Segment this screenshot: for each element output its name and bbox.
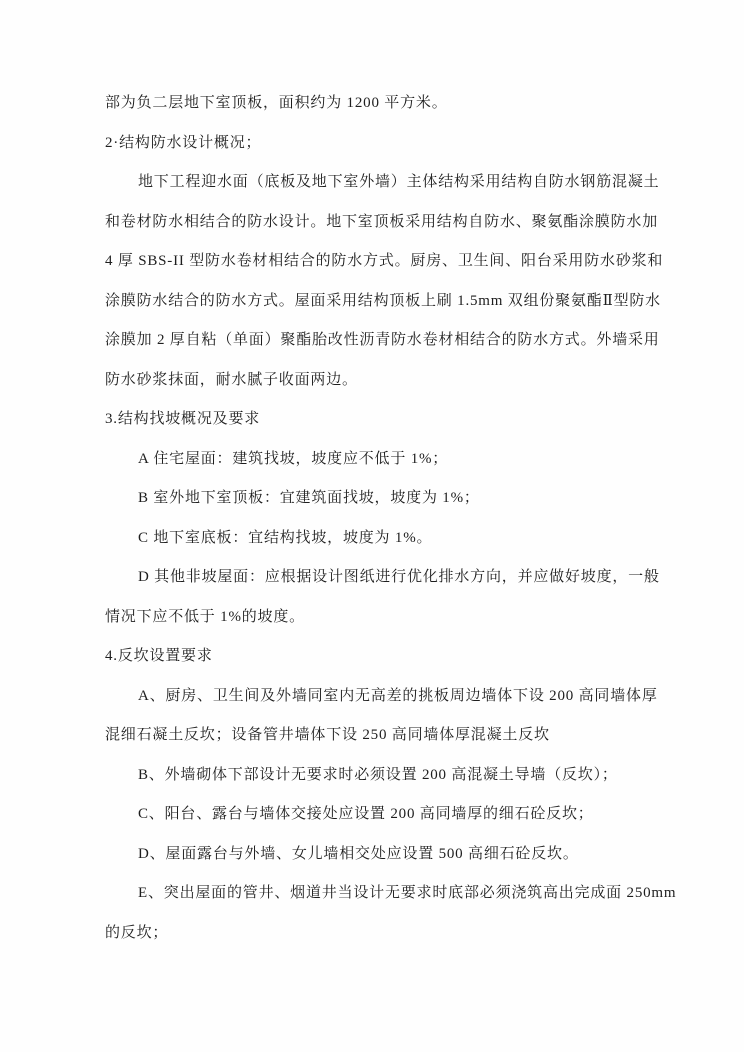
list-item-b: B 室外地下室顶板：宜建筑面找坡，坡度为 1%； — [105, 479, 663, 519]
list-item-a: A、厨房、卫生间及外墙同室内无高差的挑板周边墙体下设 200 高同墙体厚 — [105, 677, 663, 717]
list-item-b: B、外墙砌体下部设计无要求时必须设置 200 高混凝土导墙（反坎）； — [105, 756, 663, 796]
list-item-d: D、屋面露台与外墙、女儿墙相交处应设置 500 高细石砼反坎。 — [105, 835, 663, 875]
document-line: 涂膜防水结合的防水方式。屋面采用结构顶板上刷 1.5mm 双组份聚氨酯Ⅱ型防水 — [105, 282, 663, 322]
document-line: 混细石凝土反坎；设备管井墙体下设 250 高同墙体厚混凝土反坎 — [105, 716, 663, 756]
document-body: 部为负二层地下室顶板，面积约为 1200 平方米。 2·结构防水设计概况； 地下… — [105, 84, 663, 953]
document-line: 和卷材防水相结合的防水设计。地下室顶板采用结构自防水、聚氨酯涂膜防水加 — [105, 203, 663, 243]
document-line: 的反坎； — [105, 914, 663, 954]
list-item-e: E、突出屋面的管井、烟道井当设计无要求时底部必须浇筑高出完成面 250mm — [105, 874, 663, 914]
document-line: 涂膜加 2 厚自粘（单面）聚酯胎改性沥青防水卷材相结合的防水方式。外墙采用 — [105, 321, 663, 361]
list-item-c: C、阳台、露台与墙体交接处应设置 200 高同墙厚的细石砼反坎； — [105, 795, 663, 835]
list-item-d: D 其他非坡屋面：应根据设计图纸进行优化排水方向，并应做好坡度，一般 — [105, 558, 663, 598]
section-heading-4: 4.反坎设置要求 — [105, 637, 663, 677]
document-page: 部为负二层地下室顶板，面积约为 1200 平方米。 2·结构防水设计概况； 地下… — [0, 0, 744, 1052]
document-line: 地下工程迎水面（底板及地下室外墙）主体结构采用结构自防水钢筋混凝土 — [105, 163, 663, 203]
section-heading-3: 3.结构找坡概况及要求 — [105, 400, 663, 440]
list-item-c: C 地下室底板：宜结构找坡，坡度为 1%。 — [105, 519, 663, 559]
list-item-a: A 住宅屋面：建筑找坡，坡度应不低于 1%； — [105, 440, 663, 480]
section-heading-2: 2·结构防水设计概况； — [105, 124, 663, 164]
document-line: 4 厚 SBS-II 型防水卷材相结合的防水方式。厨房、卫生间、阳台采用防水砂浆… — [105, 242, 663, 282]
document-line: 情况下应不低于 1%的坡度。 — [105, 598, 663, 638]
document-line: 部为负二层地下室顶板，面积约为 1200 平方米。 — [105, 84, 663, 124]
document-line: 防水砂浆抹面，耐水腻子收面两边。 — [105, 361, 663, 401]
